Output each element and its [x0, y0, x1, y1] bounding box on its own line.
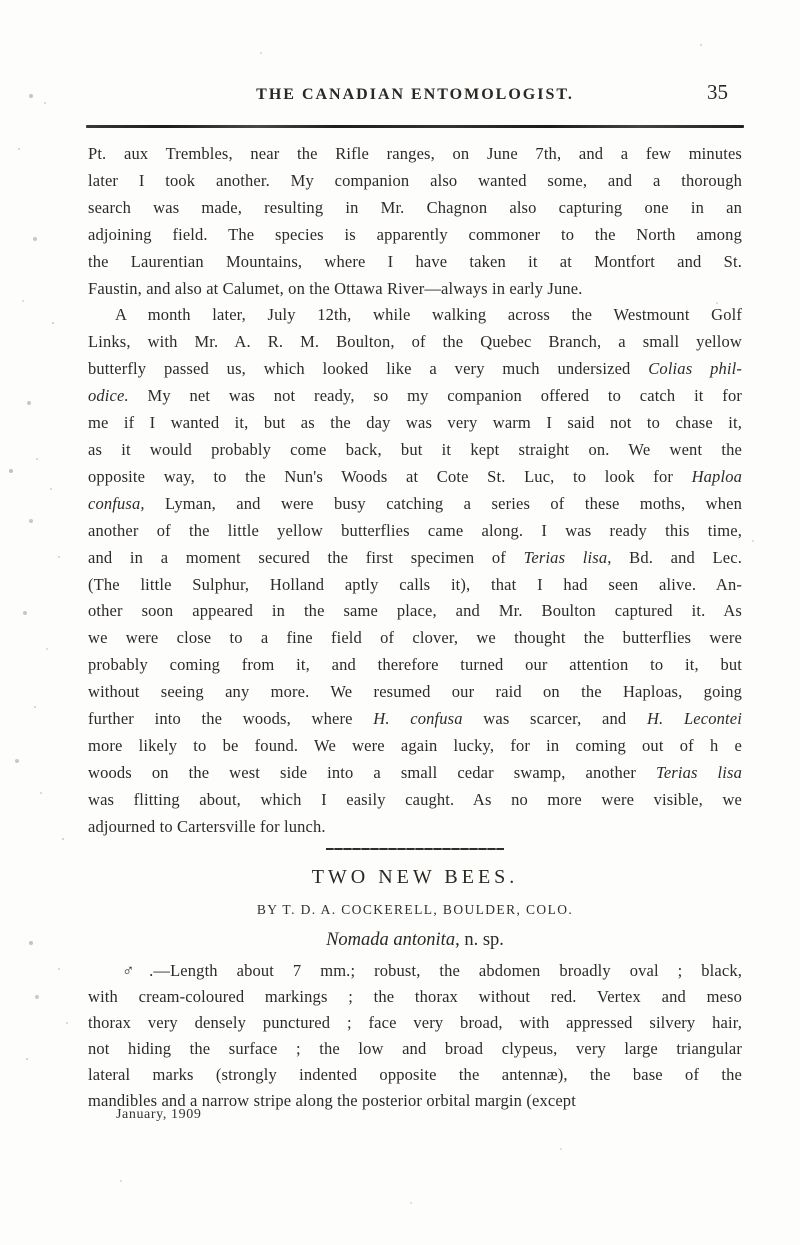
text-segment: woods on the west side into a small ceda…: [88, 763, 656, 782]
text-segment: ♂.—Length about 7 mm.; robust, the abdom…: [122, 961, 742, 980]
journal-title: THE CANADIAN ENTOMOLOGIST.: [256, 86, 574, 103]
text-segment: Links, with Mr. A. R. M. Boulton, of the…: [88, 332, 742, 351]
text-line: thorax very densely punctured ; face ver…: [88, 1010, 742, 1036]
text-line: Pt. aux Trembles, near the Rifle ranges,…: [88, 141, 742, 168]
text-segment: , Bd. and Lec.: [607, 548, 742, 567]
text-segment: more likely to be found. We were again l…: [88, 736, 742, 755]
text-line: A month later, July 12th, while walking …: [88, 302, 742, 329]
text-segment: the Laurentian Mountains, where I have t…: [88, 252, 742, 271]
text-line: Links, with Mr. A. R. M. Boulton, of the…: [88, 329, 742, 356]
text-line: butterfly passed us, which looked like a…: [88, 356, 742, 383]
text-segment: butterfly passed us, which looked like a…: [88, 359, 648, 378]
text-segment: opposite way, to the Nun's Woods at Cote…: [88, 467, 692, 486]
text-segment: Lyman, and were busy catching a series o…: [145, 494, 742, 513]
text-line: odice. My net was not ready, so my compa…: [88, 383, 742, 410]
text-segment: not hiding the surface ; the low and bro…: [88, 1039, 742, 1058]
text-segment: lateral marks (strongly indented opposit…: [88, 1065, 742, 1084]
italic-text: Haploa: [692, 467, 742, 486]
text-segment: and in a moment secured the first specim…: [88, 548, 524, 567]
italic-text: confusa,: [88, 494, 145, 513]
italic-text: Colias phil-: [648, 359, 742, 378]
text-line: another of the little yellow butterflies…: [88, 518, 742, 545]
text-segment: A month later, July 12th, while walking …: [115, 305, 742, 324]
scanned-journal-page: THE CANADIAN ENTOMOLOGIST. 35 Pt. aux Tr…: [0, 0, 800, 1245]
text-line: woods on the west side into a small ceda…: [88, 760, 742, 787]
text-line: the Laurentian Mountains, where I have t…: [88, 249, 742, 276]
text-line: search was made, resulting in Mr. Chagno…: [88, 195, 742, 222]
text-segment: search was made, resulting in Mr. Chagno…: [88, 198, 742, 217]
text-line: ♂.—Length about 7 mm.; robust, the abdom…: [88, 958, 742, 984]
italic-text: odice.: [88, 386, 129, 405]
text-line: adjoining field. The species is apparent…: [88, 222, 742, 249]
species-description-text: ♂.—Length about 7 mm.; robust, the abdom…: [88, 958, 742, 1114]
text-line: Faustin, and also at Calumet, on the Ott…: [88, 276, 742, 303]
text-segment: adjourned to Cartersville for lunch.: [88, 817, 326, 836]
text-line: later I took another. My companion also …: [88, 168, 742, 195]
text-line: and in a moment secured the first specim…: [88, 545, 742, 572]
italic-text: Terias lisa: [656, 763, 742, 782]
text-line: (The little Sulphur, Holland aptly calls…: [88, 572, 742, 599]
text-segment: me if I wanted it, but as the day was ve…: [88, 413, 742, 432]
text-segment: thorax very densely punctured ; face ver…: [88, 1013, 742, 1032]
text-segment: (The little Sulphur, Holland aptly calls…: [88, 575, 742, 594]
text-line: further into the woods, where H. confusa…: [88, 706, 742, 733]
text-line: without seeing any more. We resumed our …: [88, 679, 742, 706]
text-line: me if I wanted it, but as the day was ve…: [88, 410, 742, 437]
text-line: we were close to a fine field of clover,…: [88, 625, 742, 652]
text-segment: adjoining field. The species is apparent…: [88, 225, 742, 244]
italic-text: H. Lecontei: [647, 709, 742, 728]
text-line: confusa, Lyman, and were busy catching a…: [88, 491, 742, 518]
text-line: opposite way, to the Nun's Woods at Cote…: [88, 464, 742, 491]
text-segment: with cream-coloured markings ; the thora…: [88, 987, 742, 1006]
text-segment: Pt. aux Trembles, near the Rifle ranges,…: [88, 144, 742, 163]
article-byline: BY T. D. A. COCKERELL, BOULDER, COLO.: [88, 902, 742, 918]
text-line: with cream-coloured markings ; the thora…: [88, 984, 742, 1010]
header-rule: [86, 125, 744, 128]
scan-noise-speckles: [0, 0, 2, 2]
text-segment: was scarcer, and: [463, 709, 647, 728]
text-segment: Faustin, and also at Calumet, on the Ott…: [88, 279, 583, 298]
species-heading: Nomada antonita, n. sp.: [88, 930, 742, 951]
text-segment: without seeing any more. We resumed our …: [88, 682, 742, 701]
text-line: probably coming from it, and therefore t…: [88, 652, 742, 679]
text-segment: , n. sp.: [455, 930, 504, 950]
text-line: was flitting about, which I easily caugh…: [88, 787, 742, 814]
text-segment: we were close to a fine field of clover,…: [88, 628, 742, 647]
text-segment: other soon appeared in the same place, a…: [88, 601, 742, 620]
text-line: more likely to be found. We were again l…: [88, 733, 742, 760]
italic-text: H. confusa: [373, 709, 462, 728]
text-column: THE CANADIAN ENTOMOLOGIST. 35 Pt. aux Tr…: [88, 0, 742, 1245]
text-segment: as it would probably come back, but it k…: [88, 440, 742, 459]
text-segment: another of the little yellow butterflies…: [88, 521, 742, 540]
issue-imprint: January, 1909: [116, 1107, 201, 1123]
article-title: TWO NEW BEES.: [88, 866, 742, 889]
section-divider-rule: [326, 848, 504, 850]
text-segment: My net was not ready, so my companion of…: [129, 386, 742, 405]
text-line: not hiding the surface ; the low and bro…: [88, 1036, 742, 1062]
article-continuation-text: Pt. aux Trembles, near the Rifle ranges,…: [88, 141, 742, 841]
page-number: 35: [707, 80, 728, 105]
italic-text: Nomada antonita: [326, 930, 455, 950]
text-segment: probably coming from it, and therefore t…: [88, 655, 742, 674]
text-line: other soon appeared in the same place, a…: [88, 598, 742, 625]
text-line: adjourned to Cartersville for lunch.: [88, 814, 742, 841]
text-line: as it would probably come back, but it k…: [88, 437, 742, 464]
text-line: lateral marks (strongly indented opposit…: [88, 1062, 742, 1088]
running-head: THE CANADIAN ENTOMOLOGIST.: [88, 86, 742, 104]
text-segment: later I took another. My companion also …: [88, 171, 742, 190]
text-segment: further into the woods, where: [88, 709, 373, 728]
text-segment: was flitting about, which I easily caugh…: [88, 790, 742, 809]
italic-text: Terias lisa: [524, 548, 608, 567]
